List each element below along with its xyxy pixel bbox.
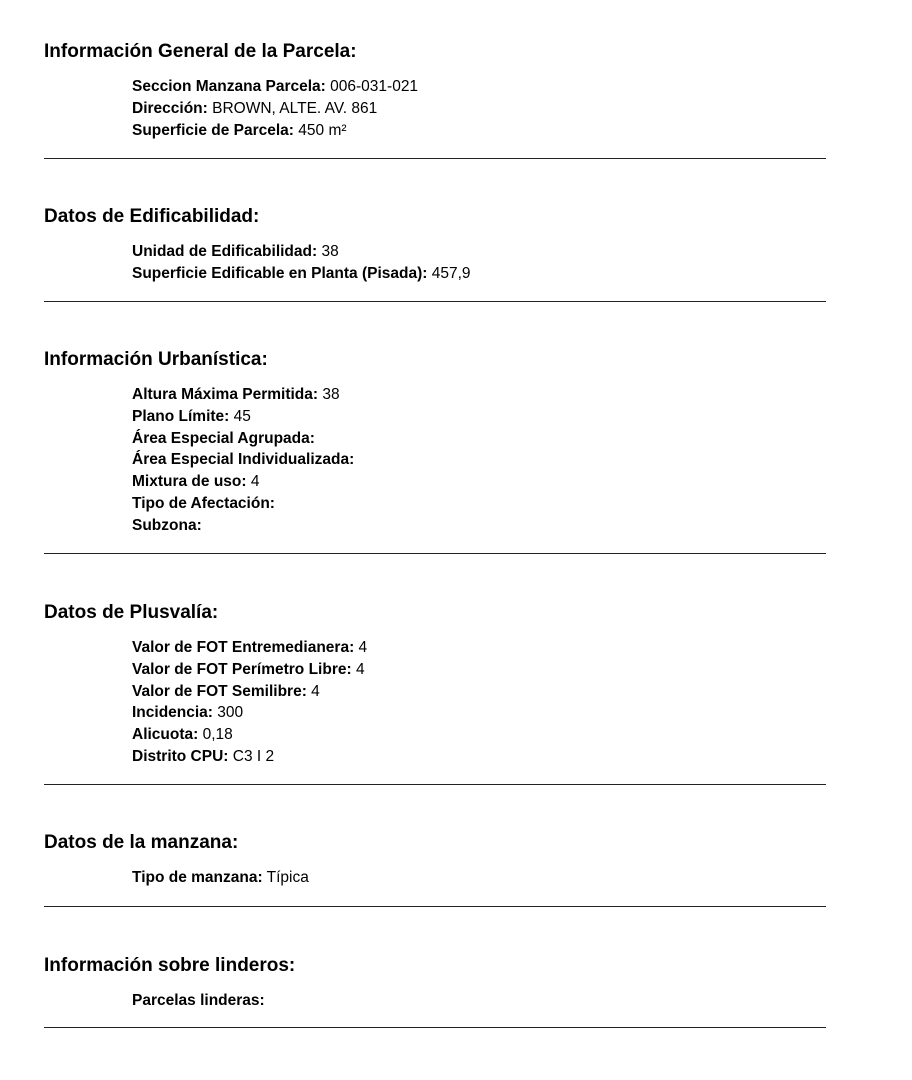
section-block-data: Datos de la manzana:Tipo de manzana: Típ…	[44, 832, 826, 889]
field-label: Subzona:	[132, 517, 202, 534]
field-value: 4	[354, 639, 367, 656]
section-divider	[44, 906, 826, 907]
field-value: Típica	[263, 869, 309, 886]
section-title: Información sobre linderos:	[44, 955, 826, 977]
field-row: Área Especial Agrupada:	[132, 428, 826, 450]
section-divider	[44, 553, 826, 554]
section-urban-info: Información Urbanística:Altura Máxima Pe…	[44, 349, 826, 537]
section-title: Datos de Edificabilidad:	[44, 206, 826, 228]
field-row: Superficie de Parcela: 450 m²	[132, 120, 826, 142]
field-label: Área Especial Individualizada:	[132, 451, 354, 468]
field-value: 38	[317, 243, 339, 260]
section-buildability: Datos de Edificabilidad:Unidad de Edific…	[44, 206, 826, 285]
field-label: Valor de FOT Perímetro Libre:	[132, 661, 352, 678]
field-label: Área Especial Agrupada:	[132, 430, 315, 447]
field-value: 4	[247, 473, 260, 490]
field-value: 4	[307, 683, 320, 700]
field-value: 457,9	[427, 265, 470, 282]
field-row: Superficie Edificable en Planta (Pisada)…	[132, 263, 826, 285]
field-row: Tipo de Afectación:	[132, 493, 826, 515]
section-title: Información Urbanística:	[44, 349, 826, 371]
section-plusvalia: Datos de Plusvalía:Valor de FOT Entremed…	[44, 602, 826, 768]
field-label: Superficie de Parcela:	[132, 122, 294, 139]
section-divider	[44, 158, 826, 159]
field-value: 450 m²	[294, 122, 347, 139]
field-value: 45	[229, 408, 251, 425]
field-label: Valor de FOT Entremedianera:	[132, 639, 354, 656]
field-row: Valor de FOT Perímetro Libre: 4	[132, 659, 826, 681]
field-row: Distrito CPU: C3 I 2	[132, 746, 826, 768]
field-value: 0,18	[198, 726, 232, 743]
section-divider	[44, 301, 826, 302]
field-label: Superficie Edificable en Planta (Pisada)…	[132, 265, 427, 282]
field-value: 300	[213, 704, 243, 721]
section-title: Datos de la manzana:	[44, 832, 826, 854]
field-row: Tipo de manzana: Típica	[132, 867, 826, 889]
field-value: C3 I 2	[228, 748, 274, 765]
field-label: Parcelas linderas:	[132, 992, 265, 1009]
field-value: 4	[352, 661, 365, 678]
field-row: Seccion Manzana Parcela: 006-031-021	[132, 76, 826, 98]
field-row: Parcelas linderas:	[132, 990, 826, 1012]
field-row: Incidencia: 300	[132, 702, 826, 724]
field-row: Valor de FOT Semilibre: 4	[132, 681, 826, 703]
field-row: Plano Límite: 45	[132, 406, 826, 428]
field-label: Valor de FOT Semilibre:	[132, 683, 307, 700]
section-general-info: Información General de la Parcela:Seccio…	[44, 41, 826, 141]
field-row: Dirección: BROWN, ALTE. AV. 861	[132, 98, 826, 120]
field-label: Incidencia:	[132, 704, 213, 721]
field-row: Valor de FOT Entremedianera: 4	[132, 637, 826, 659]
field-label: Distrito CPU:	[132, 748, 228, 765]
section-divider	[44, 1027, 826, 1028]
field-label: Altura Máxima Permitida:	[132, 386, 318, 403]
section-title: Datos de Plusvalía:	[44, 602, 826, 624]
field-value: 38	[318, 386, 340, 403]
field-row: Altura Máxima Permitida: 38	[132, 384, 826, 406]
section-title: Información General de la Parcela:	[44, 41, 826, 63]
field-label: Alicuota:	[132, 726, 198, 743]
field-value: BROWN, ALTE. AV. 861	[208, 100, 377, 117]
field-label: Seccion Manzana Parcela:	[132, 78, 326, 95]
field-label: Mixtura de uso:	[132, 473, 247, 490]
section-boundaries: Información sobre linderos:Parcelas lind…	[44, 955, 826, 1012]
field-row: Área Especial Individualizada:	[132, 449, 826, 471]
field-row: Mixtura de uso: 4	[132, 471, 826, 493]
field-label: Tipo de Afectación:	[132, 495, 275, 512]
field-row: Alicuota: 0,18	[132, 724, 826, 746]
field-value: 006-031-021	[326, 78, 418, 95]
field-label: Plano Límite:	[132, 408, 229, 425]
field-label: Dirección:	[132, 100, 208, 117]
section-divider	[44, 784, 826, 785]
field-row: Subzona:	[132, 515, 826, 537]
field-label: Tipo de manzana:	[132, 869, 263, 886]
field-row: Unidad de Edificabilidad: 38	[132, 241, 826, 263]
field-label: Unidad de Edificabilidad:	[132, 243, 317, 260]
